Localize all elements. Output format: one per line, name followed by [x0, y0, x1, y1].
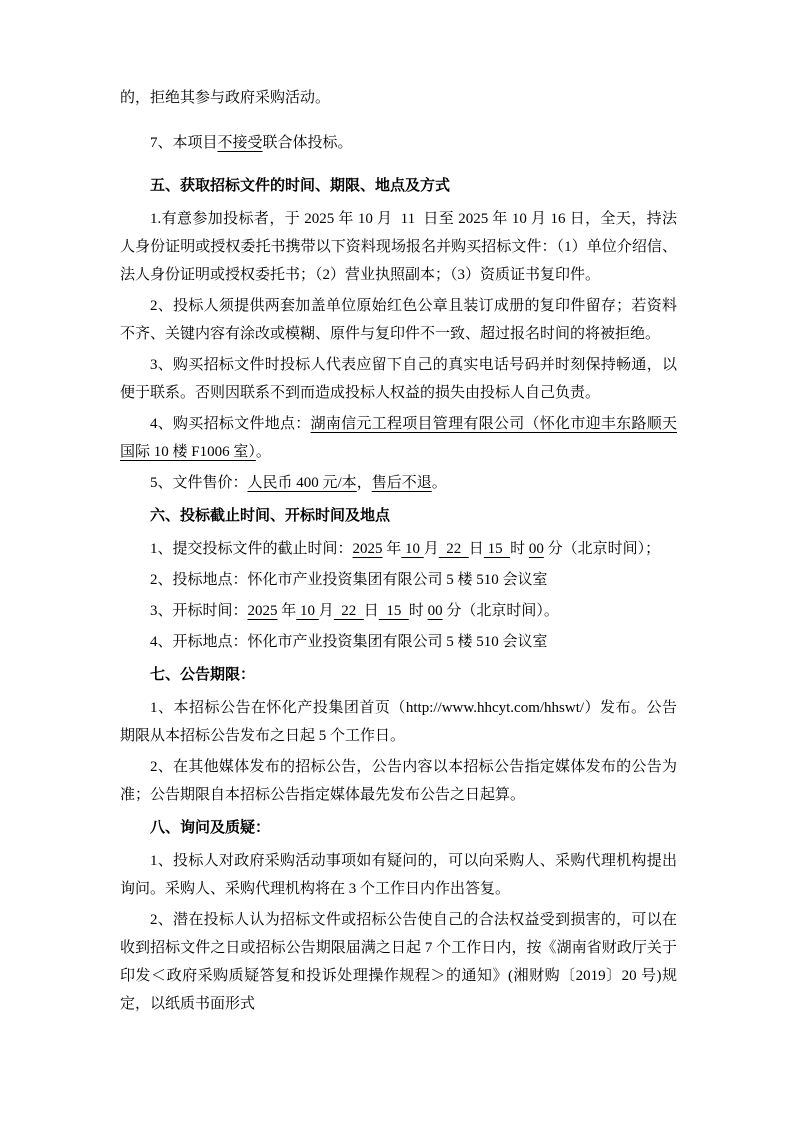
text-run: 日 — [364, 603, 379, 619]
text-run: 月 — [424, 541, 439, 557]
underlined-text: 2025 — [353, 541, 383, 557]
text-run: 日 — [469, 541, 484, 557]
text-run: 2、在其他媒体发布的招标公告，公告内容以本招标公告指定媒体发布的公告为准；公告期… — [120, 759, 677, 803]
underlined-text: 10 — [296, 603, 319, 619]
underlined-text: 22 — [334, 603, 364, 619]
text-run: 分（北京时间）。 — [443, 603, 559, 619]
underlined-text: 售后不退 — [372, 475, 432, 491]
underlined-text: 10 — [401, 541, 424, 557]
underlined-text: 00 — [529, 541, 544, 557]
underlined-text: 22 — [439, 541, 469, 557]
underlined-text: 15 — [484, 541, 510, 557]
text-run: 3、开标时间： — [150, 603, 248, 619]
text-run: 4、开标地点：怀化市产业投资集团有限公司 5 楼 510 会议室 — [150, 634, 548, 650]
text-run: 3、购买招标文件时投标人代表应留下自己的真实电话号码并时刻保持畅通，以便于联系。… — [120, 357, 677, 401]
text-run: 时 — [409, 603, 428, 619]
paragraph: 2、潜在投标人认为招标文件或招标公告使自己的合法权益受到损害的，可以在收到招标文… — [120, 906, 677, 1018]
text-run: 1、投标人对政府采购活动事项如有疑问的，可以向采购人、采购代理机构提出询问。采购… — [120, 853, 677, 897]
paragraph: 4、购买招标文件地点：湖南信元工程项目管理有限公司（怀化市迎丰东路顺天国际 10… — [120, 410, 677, 466]
underlined-text: 人民币 400 元/本 — [248, 475, 357, 491]
text-run: 六、投标截止时间、开标时间及地点 — [150, 508, 390, 524]
section-heading: 六、投标截止时间、开标时间及地点 — [120, 502, 677, 530]
paragraph: 1.有意参加投标者，于 2025 年 10 月 11 日至 2025 年 10 … — [120, 205, 677, 289]
text-run: 4、购买招标文件地点： — [150, 416, 311, 432]
text-run: 5、文件售价： — [150, 475, 248, 491]
paragraph: 4、开标地点：怀化市产业投资集团有限公司 5 楼 510 会议室 — [120, 628, 677, 656]
paragraph: 3、购买招标文件时投标人代表应留下自己的真实电话号码并时刻保持畅通，以便于联系。… — [120, 351, 677, 407]
text-run: 。 — [432, 475, 447, 491]
text-run: 1.有意参加投标者，于 2025 年 10 月 11 日至 2025 年 10 … — [120, 211, 677, 283]
paragraph: 2、投标地点：怀化市产业投资集团有限公司 5 楼 510 会议室 — [120, 566, 677, 594]
paragraph: 5、文件售价：人民币 400 元/本，售后不退。 — [120, 469, 677, 497]
document-body: 的，拒绝其参与政府采购活动。7、本项目不接受联合体投标。五、获取招标文件的时间、… — [120, 84, 677, 1021]
paragraph: 1、本招标公告在怀化产投集团首页（http://www.hhcyt.com/hh… — [120, 694, 677, 750]
text-run: 八、询问及质疑： — [150, 820, 270, 836]
text-run: 时 — [510, 541, 529, 557]
underlined-text: 00 — [428, 603, 443, 619]
text-run: 的，拒绝其参与政府采购活动。 — [120, 90, 330, 106]
section-heading: 五、获取招标文件的时间、期限、地点及方式 — [120, 172, 677, 200]
section-heading: 八、询问及质疑： — [120, 814, 677, 842]
underlined-text: 15 — [379, 603, 409, 619]
text-run: 。 — [256, 444, 271, 460]
text-run: 五、获取招标文件的时间、期限、地点及方式 — [150, 178, 450, 194]
text-run: 2、潜在投标人认为招标文件或招标公告使自己的合法权益受到损害的，可以在收到招标文… — [120, 912, 677, 1012]
text-run: 1、提交投标文件的截止时间： — [150, 541, 353, 557]
paragraph: 2、投标人须提供两套加盖单位原始红色公章且装订成册的复印件留存；若资料不齐、关键… — [120, 292, 677, 348]
text-run: 7、本项目 — [150, 135, 218, 151]
text-run: 联合体投标。 — [263, 135, 353, 151]
text-run: 七、公告期限： — [150, 667, 255, 683]
underlined-text: 不接受 — [218, 135, 263, 151]
text-run: 2、投标地点：怀化市产业投资集团有限公司 5 楼 510 会议室 — [150, 572, 548, 588]
paragraph: 3、开标时间：2025 年 10 月 22 日 15 时 00 分（北京时间）。 — [120, 597, 677, 625]
text-run: 1、本招标公告在怀化产投集团首页（http://www.hhcyt.com/hh… — [120, 700, 677, 744]
section-heading: 七、公告期限： — [120, 661, 677, 689]
paragraph: 1、提交投标文件的截止时间：2025 年 10 月 22 日 15 时 00 分… — [120, 535, 677, 563]
paragraph: 1、投标人对政府采购活动事项如有疑问的，可以向采购人、采购代理机构提出询问。采购… — [120, 847, 677, 903]
paragraph: 2、在其他媒体发布的招标公告，公告内容以本招标公告指定媒体发布的公告为准；公告期… — [120, 753, 677, 809]
document-page: 的，拒绝其参与政府采购活动。7、本项目不接受联合体投标。五、获取招标文件的时间、… — [0, 0, 793, 1122]
paragraph: 的，拒绝其参与政府采购活动。 — [120, 84, 677, 112]
paragraph: 7、本项目不接受联合体投标。 — [120, 129, 677, 157]
text-run: 年 — [383, 541, 402, 557]
text-run: 2、投标人须提供两套加盖单位原始红色公章且装订成册的复印件留存；若资料不齐、关键… — [120, 298, 677, 342]
text-run: 分（北京时间）； — [544, 541, 660, 557]
underlined-text: 2025 — [248, 603, 278, 619]
text-run: 月 — [319, 603, 334, 619]
text-run: ， — [357, 475, 372, 491]
text-run: 年 — [278, 603, 297, 619]
